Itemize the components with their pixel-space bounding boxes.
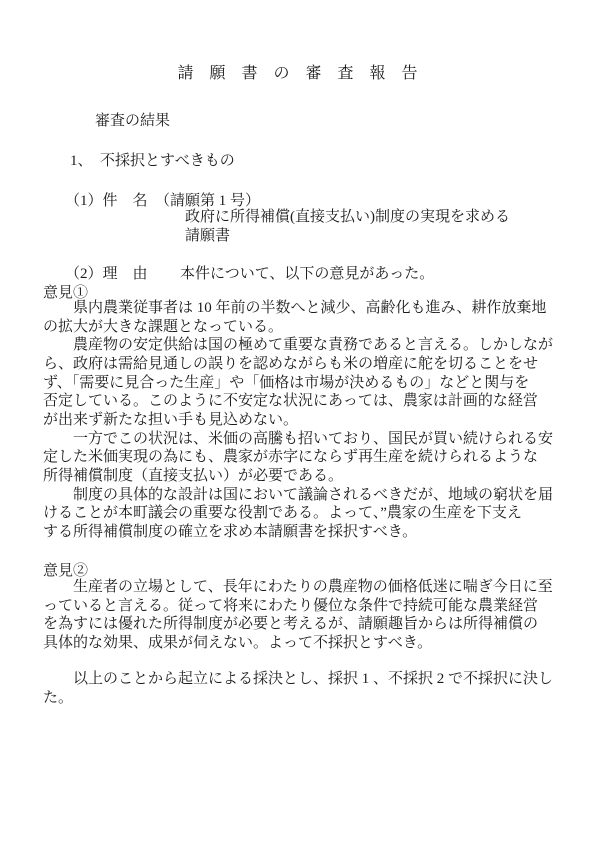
text-line: 政府に所得補償(直接支払い)制度の実現を求める (185, 208, 595, 227)
opinion1-paragraph: 県内農業従事者は 10 年前の半数へと減少、高齢化も進み、耕作放棄地の拡大が大き… (43, 299, 573, 542)
text-line: 生産者の立場として、長年にわたりの農産物の価格低迷に喘ぎ今日に至 (43, 578, 573, 597)
text-line: の拡大が大きな課題となっている。 (43, 318, 573, 337)
text-line: する所得補償制度の確立を求め本請願書を採択すべき。 (43, 523, 573, 542)
text-line: 県内農業従事者は 10 年前の半数へと減少、高齢化も進み、耕作放棄地 (43, 299, 573, 318)
reason-label: （2）理 由 (65, 262, 148, 283)
text-line: 以上のことから起立による採決とし、採択 1 、不採択 2 で不採択に決し (43, 670, 573, 689)
document-title: 請願書の審査報告 (0, 60, 595, 83)
text-line: ず、「需要に見合った生産」や「価格は市場が決めるもの」などと関与を (43, 374, 573, 393)
text-line: ら、政府は需給見通しの誤りを認めながらも米の増産に舵を切ることをせ (43, 355, 573, 374)
text-line: っていると言える。従って将来にわたり優位な条件で持続可能な農業経営 (43, 597, 573, 616)
text-line: 定した米価実現の為にも、農家が赤字にならず再生産を続けられるような (43, 448, 573, 467)
text-line: 農産物の安定供給は国の極めて重要な責務であると言える。しかしなが (43, 336, 573, 355)
opinion2-paragraph: 生産者の立場として、長年にわたりの農産物の価格低迷に喘ぎ今日に至っていると言える… (43, 578, 573, 653)
text-line: 具体的な効果、成果が伺えない。よって不採択とすべき。 (43, 634, 573, 653)
section1-heading: 1、 不採択とすべきもの (70, 149, 235, 170)
text-line: た。 (43, 689, 573, 708)
conclusion-paragraph: 以上のことから起立による採決とし、採択 1 、不採択 2 で不採択に決した。 (43, 670, 573, 707)
text-line: が出来ず新たな担い手も見込めない。 (43, 411, 573, 430)
text-line: を為すには優れた所得制度が必要と考えるが、請願趣旨からは所得補償の (43, 615, 573, 634)
text-line: けることが本町議会の重要な役割である。よって、”農家の生産を下支え (43, 504, 573, 523)
text-line: 所得補償制度（直接支払い）が必要である。 (43, 467, 573, 486)
text-line: 制度の具体的な設計は国において議論されるべきだが、地域の窮状を届 (43, 486, 573, 505)
opinion2-label: 意見② (43, 559, 88, 580)
result-heading: 審査の結果 (95, 109, 170, 130)
reason-text: 本件について、以下の意見があった。 (180, 262, 434, 283)
text-line: 請願書 (185, 227, 595, 246)
text-line: 一方でこの状況は、米価の高騰も招いており、国民が買い続けられる安 (43, 430, 573, 449)
text-line: 否定している。このように不安定な状況にあっては、農家は計画的な経営 (43, 392, 573, 411)
document-page: 請願書の審査報告 審査の結果 1、 不採択とすべきもの （1）件 名 （請願第 … (0, 0, 595, 842)
item-name-text: 政府に所得補償(直接支払い)制度の実現を求める請願書 (185, 208, 595, 245)
item-name-label: （1）件 名 （請願第 1 号） (65, 189, 260, 210)
